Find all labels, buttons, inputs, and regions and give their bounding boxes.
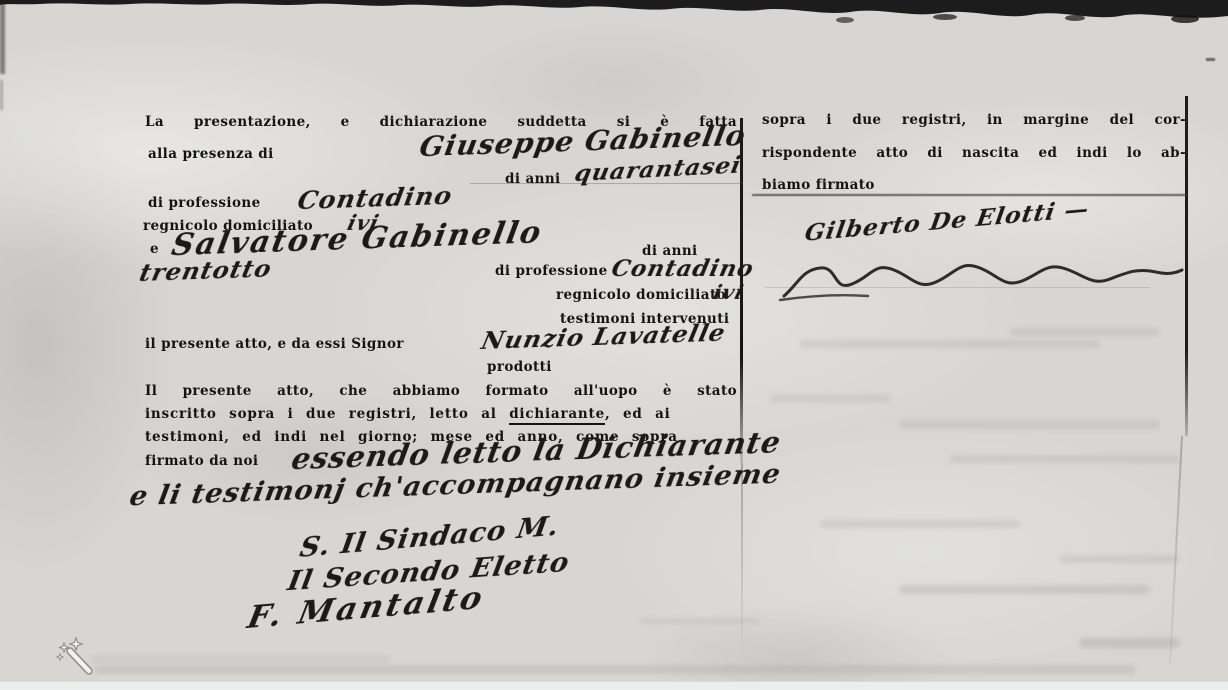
scan-edge-top — [0, 0, 1228, 26]
printed-label-e: e — [150, 241, 159, 257]
magic-wand-cursor-icon — [52, 636, 98, 678]
scan-edge-left — [0, 4, 5, 74]
ghost-text-smudge — [90, 655, 390, 663]
right-column-rule — [752, 194, 1186, 196]
ghost-text-smudge — [950, 455, 1180, 463]
ghost-text-smudge — [900, 585, 1150, 594]
printed-label-alla-presenza: alla presenza di — [148, 146, 274, 162]
printed-label-firmato-da-noi: firmato da noi — [145, 453, 258, 469]
ghost-text-smudge — [1060, 555, 1180, 563]
printed-label-regnicolo-2: regnicolo domiciliato — [556, 287, 726, 303]
handwriting-witness1-domicile: ivi — [711, 280, 747, 304]
printed-label-di-anni-1: di anni — [505, 171, 561, 187]
scan-edge-left-lower — [0, 80, 3, 110]
handwriting-witness1-profession: Contadino — [609, 255, 757, 282]
printed-label-di-professione-1: di professione — [148, 195, 261, 211]
printed-label-di-professione-2: di professione — [495, 263, 608, 279]
ghost-text-smudge — [900, 420, 1160, 429]
scanned-document-page: La presentazione, e dichiarazione suddet… — [0, 0, 1228, 690]
handwriting-signor-name: Nunzio Lavatelle — [479, 318, 729, 355]
formula-part-c: , ed ai — [605, 406, 671, 422]
formula-part-dichiarante-underlined: dichiarante — [509, 406, 605, 425]
printed-line-right3: biamo firmato — [762, 177, 875, 193]
formula-part-a: inscritto sopra i due registri, letto al — [145, 406, 509, 422]
ghost-text-smudge — [800, 340, 1100, 348]
printed-formula-line1: Il presente atto, che abbiamo formato al… — [145, 383, 737, 399]
scan-edge-bottom — [0, 681, 1228, 690]
scan-speck — [1206, 58, 1215, 61]
printed-line-presente-atto: il presente atto, e da essi Signor — [145, 336, 404, 352]
ghost-text-smudge — [770, 395, 890, 402]
right-margin-line-faint — [1169, 436, 1183, 666]
ghost-text-smudge — [1010, 328, 1160, 336]
handwriting-witness1-age: trentotto — [137, 253, 275, 287]
ghost-text-band-bottom — [95, 665, 1135, 674]
printed-label-prodotti: prodotti — [487, 359, 552, 375]
ghost-text-smudge — [640, 618, 760, 624]
printed-formula-line2: inscritto sopra i due registri, letto al… — [145, 406, 671, 422]
ghost-text-smudge — [820, 520, 1020, 528]
printed-line-right2: rispondente atto di nascita ed indi lo a… — [762, 145, 1186, 161]
printed-line-right1: sopra i due registri, in margine del cor… — [762, 112, 1186, 128]
column-divider-line-faint — [741, 463, 743, 663]
handwriting-declarant-age: quarantasei — [572, 151, 744, 187]
signature-scrawl — [778, 244, 1188, 304]
signature-right-official: Gilberto De Elotti — — [803, 196, 1091, 247]
ghost-text-smudge — [1080, 638, 1180, 648]
